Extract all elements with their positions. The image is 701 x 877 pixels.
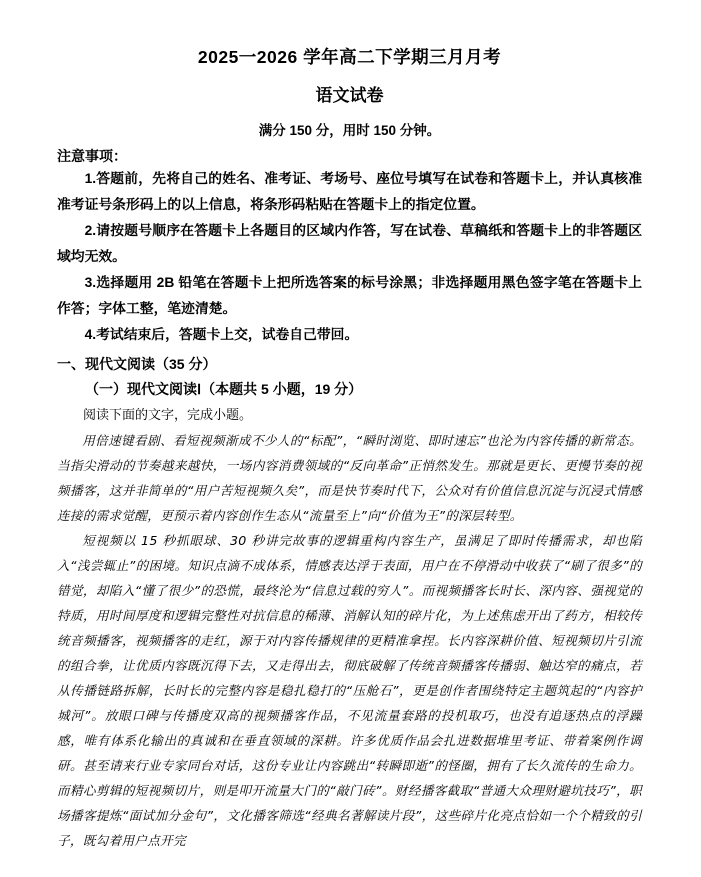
- reading-prompt: 阅读下面的文字，完成小题。: [57, 402, 642, 427]
- exam-meta: 满分 150 分，用时 150 分钟。: [57, 122, 642, 140]
- exam-paper-page: 2025一2026 学年高二下学期三月月考 语文试卷 满分 150 分，用时 1…: [0, 0, 701, 877]
- document-title: 2025一2026 学年高二下学期三月月考: [57, 46, 642, 68]
- reading-passage: 用倍速键看剧、看短视频渐成不少人的“标配”，“瞬时浏览、即时速忘”也沦为内容传播…: [57, 428, 642, 853]
- notice-item: 2.请按题号顺序在答题卡上各题目的区域内作答，写在试卷、草稿纸和答题卡上的非答题…: [57, 218, 642, 270]
- section-heading-modern-reading: 一、现代文阅读（35 分）: [57, 352, 642, 377]
- passage-paragraph: 用倍速键看剧、看短视频渐成不少人的“标配”，“瞬时浏览、即时速忘”也沦为内容传播…: [57, 428, 642, 528]
- notice-block: 注意事项： 1.答题前，先将自己的姓名、准考证、考场号、座位号填写在试卷和答题卡…: [57, 147, 642, 348]
- passage-paragraph: 短视频以 15 秒抓眼球、30 秒讲完故事的逻辑重构内容生产，虽满足了即时传播需…: [57, 528, 642, 853]
- subsection-heading-reading-1: （一）现代文阅读Ⅰ（本题共 5 小题，19 分）: [57, 377, 642, 402]
- notice-item: 1.答题前，先将自己的姓名、准考证、考场号、座位号填写在试卷和答题卡上，并认真核…: [57, 166, 642, 218]
- document-subtitle: 语文试卷: [57, 85, 642, 107]
- notice-item: 4.考试结束后，答题卡上交，试卷自己带回。: [57, 322, 642, 348]
- notice-item: 3.选择题用 2B 铅笔在答题卡上把所选答案的标号涂黑；非选择题用黑色签字笔在答…: [57, 270, 642, 322]
- notice-heading: 注意事项：: [57, 147, 642, 166]
